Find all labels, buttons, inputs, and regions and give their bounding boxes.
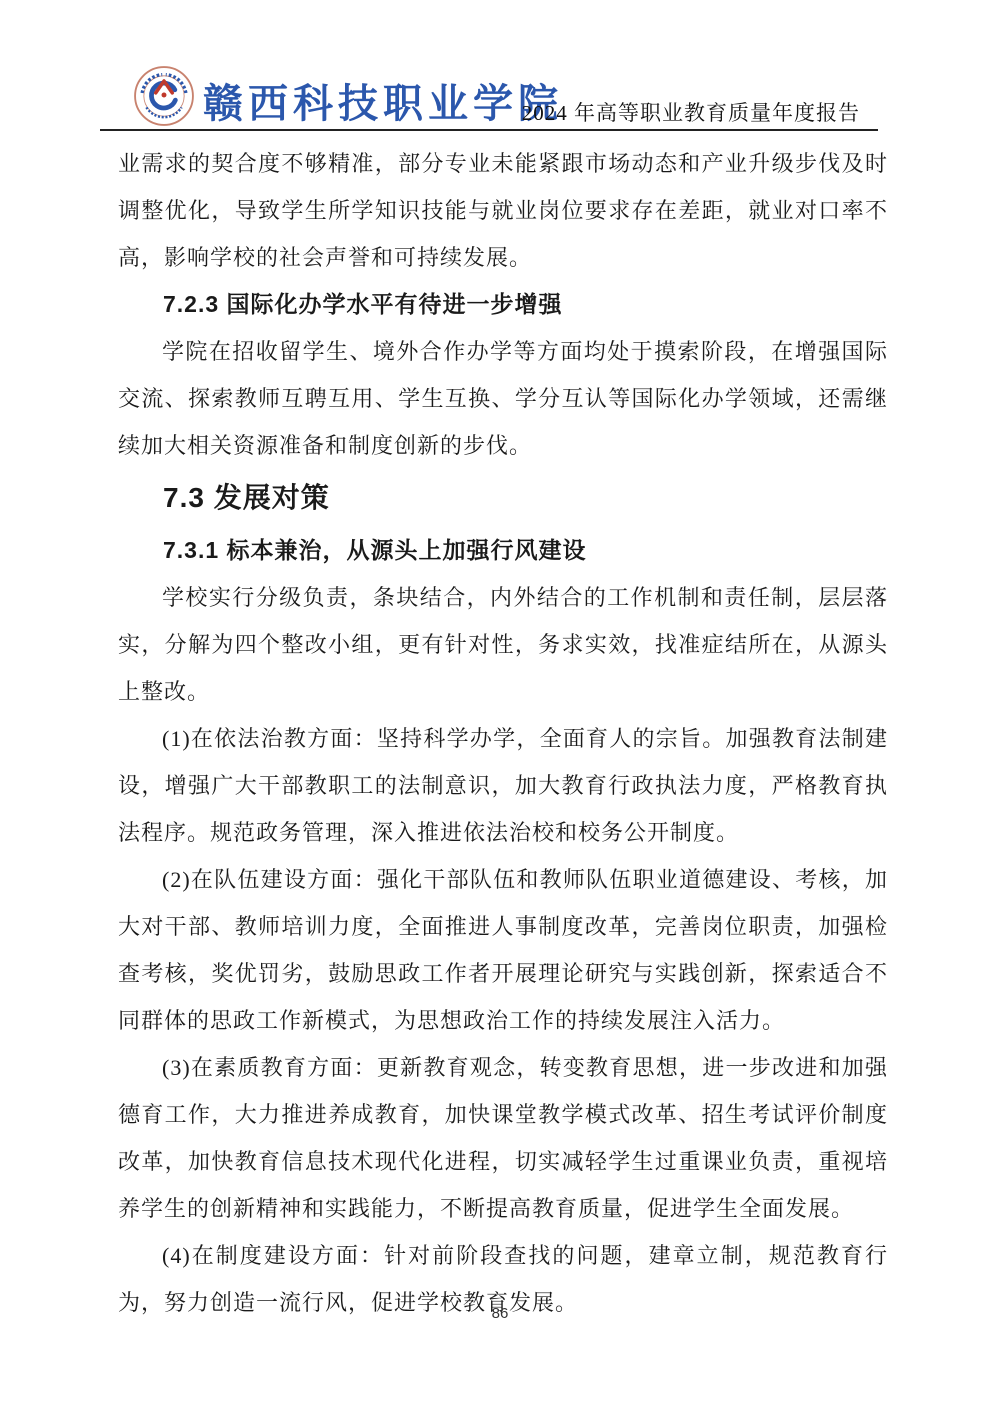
page-number: 86 [0, 1305, 1000, 1322]
report-title: 2024 年高等职业教育质量年度报告 [522, 97, 860, 127]
school-seal-icon [133, 64, 195, 128]
paragraph-measure-1: (1)在依法治教方面：坚持科学办学，全面育人的宗旨。加强教育法制建设，增强广大干… [118, 715, 888, 856]
paragraph-measure-2: (2)在队伍建设方面：强化干部队伍和教师队伍职业道德建设、考核，加大对干部、教师… [118, 856, 888, 1044]
heading-7-2-3: 7.2.3 国际化办学水平有待进一步增强 [118, 281, 888, 328]
paragraph-measure-3: (3)在素质教育方面：更新教育观念，转变教育思想，进一步改进和加强德育工作，大力… [118, 1044, 888, 1232]
heading-7-3-1: 7.3.1 标本兼治，从源头上加强行风建设 [118, 527, 888, 574]
paragraph-7-2-3: 学院在招收留学生、境外合作办学等方面均处于摸索阶段，在增强国际交流、探索教师互聘… [118, 328, 888, 469]
heading-7-3: 7.3 发展对策 [118, 469, 888, 527]
paragraph-7-3-1: 学校实行分级负责，条块结合，内外结合的工作机制和责任制，层层落实，分解为四个整改… [118, 574, 888, 715]
header-divider [100, 129, 878, 131]
document-page: 赣西科技职业学院 2024 年高等职业教育质量年度报告 业需求的契合度不够精准，… [0, 0, 1000, 1411]
school-name: 赣西科技职业学院 [203, 72, 563, 129]
paragraph-continuation: 业需求的契合度不够精准，部分专业未能紧跟市场动态和产业升级步伐及时调整优化，导致… [118, 140, 888, 281]
document-body: 业需求的契合度不够精准，部分专业未能紧跟市场动态和产业升级步伐及时调整优化，导致… [118, 140, 888, 1326]
